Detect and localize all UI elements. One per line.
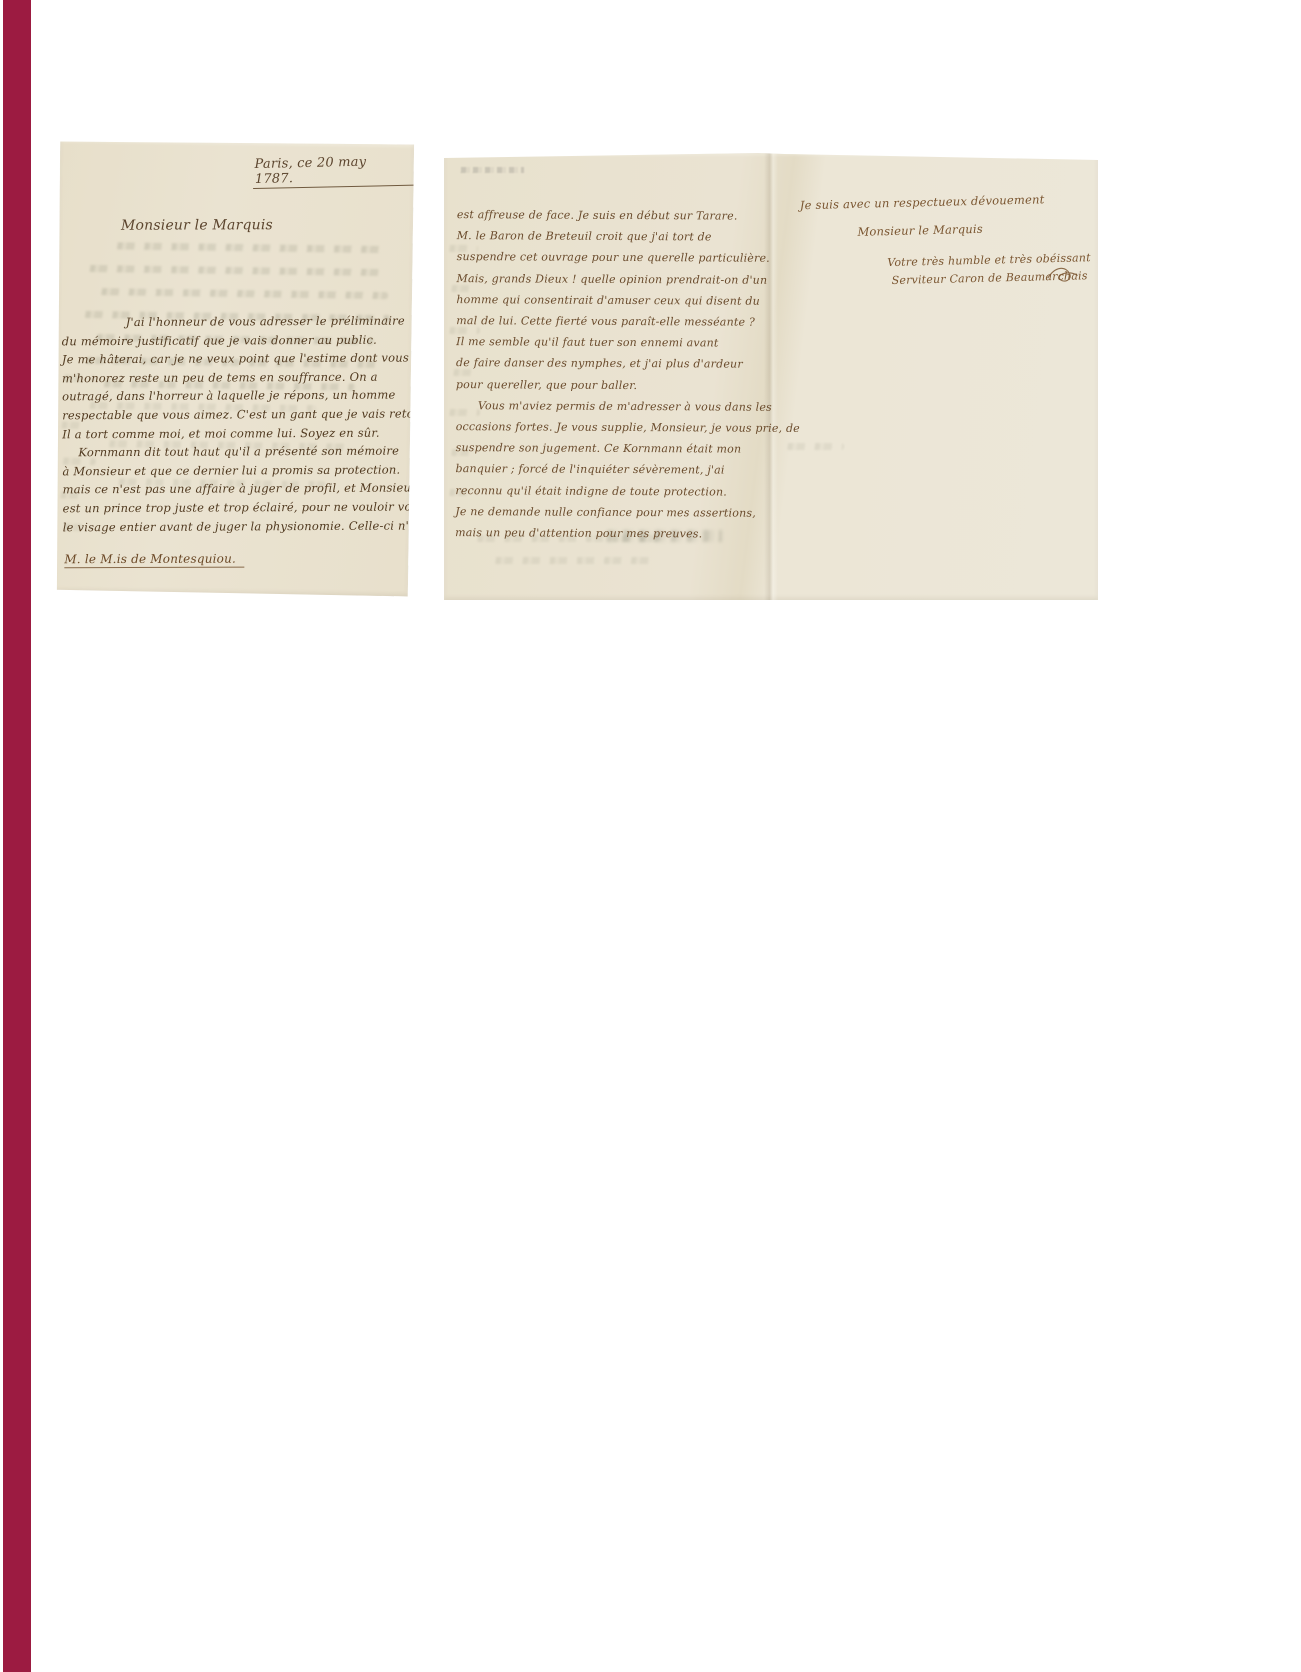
bleedthrough-marks xyxy=(114,242,382,253)
catalog-page: Paris, ce 20 may 1787. Monsieur le Marqu… xyxy=(0,0,1301,1672)
letter-body-page1: J'ai l'honneur de vous adresser le préli… xyxy=(62,311,451,536)
closing-line: Je suis avec un respectueux dévouement xyxy=(800,192,1045,212)
manuscript-line: Il a tort comme moi, et moi comme lui. S… xyxy=(62,423,450,444)
closing-line: Monsieur le Marquis xyxy=(857,222,983,239)
manuscript-bifolium: est affreuse de face. Je suis en début s… xyxy=(444,153,1098,600)
docket-line: M. le M.is de Montesquiou. xyxy=(64,552,244,569)
date-line: Paris, ce 20 may 1787. xyxy=(252,154,414,189)
bleedthrough-marks xyxy=(86,265,386,276)
manuscript-line: m'honorez reste un peu de tems en souffr… xyxy=(62,367,450,388)
manuscript-line: du mémoire justificatif que je vais donn… xyxy=(62,330,450,351)
signature-flourish xyxy=(1045,263,1080,286)
manuscript-line: Je me hâterai, car je ne veux point que … xyxy=(62,348,450,369)
manuscript-line: à Monsieur et que ce dernier lui a promi… xyxy=(62,460,450,481)
manuscript-line: J'ai l'honneur de vous adresser le préli… xyxy=(62,311,450,332)
salutation: Monsieur le Marquis xyxy=(121,217,273,234)
manuscript-line: outragé, dans l'horreur à laquelle je ré… xyxy=(62,386,450,407)
manuscript-line: mais ce n'est pas une affaire à juger de… xyxy=(63,479,451,500)
accent-bar xyxy=(3,0,31,1672)
manuscript-line: Kornmann dit tout haut qu'il a présenté … xyxy=(62,441,450,462)
closing-block: Je suis avec un respectueux dévouement M… xyxy=(439,145,1104,608)
bleedthrough-marks xyxy=(98,288,388,299)
manuscript-line: est un prince trop juste et trop éclairé… xyxy=(63,497,451,518)
manuscript-line: respectable que vous aimez. C'est un gan… xyxy=(62,404,450,425)
manuscript-page-1: Paris, ce 20 may 1787. Monsieur le Marqu… xyxy=(54,140,414,597)
manuscript-line: le visage entier avant de juger la physi… xyxy=(63,516,451,537)
